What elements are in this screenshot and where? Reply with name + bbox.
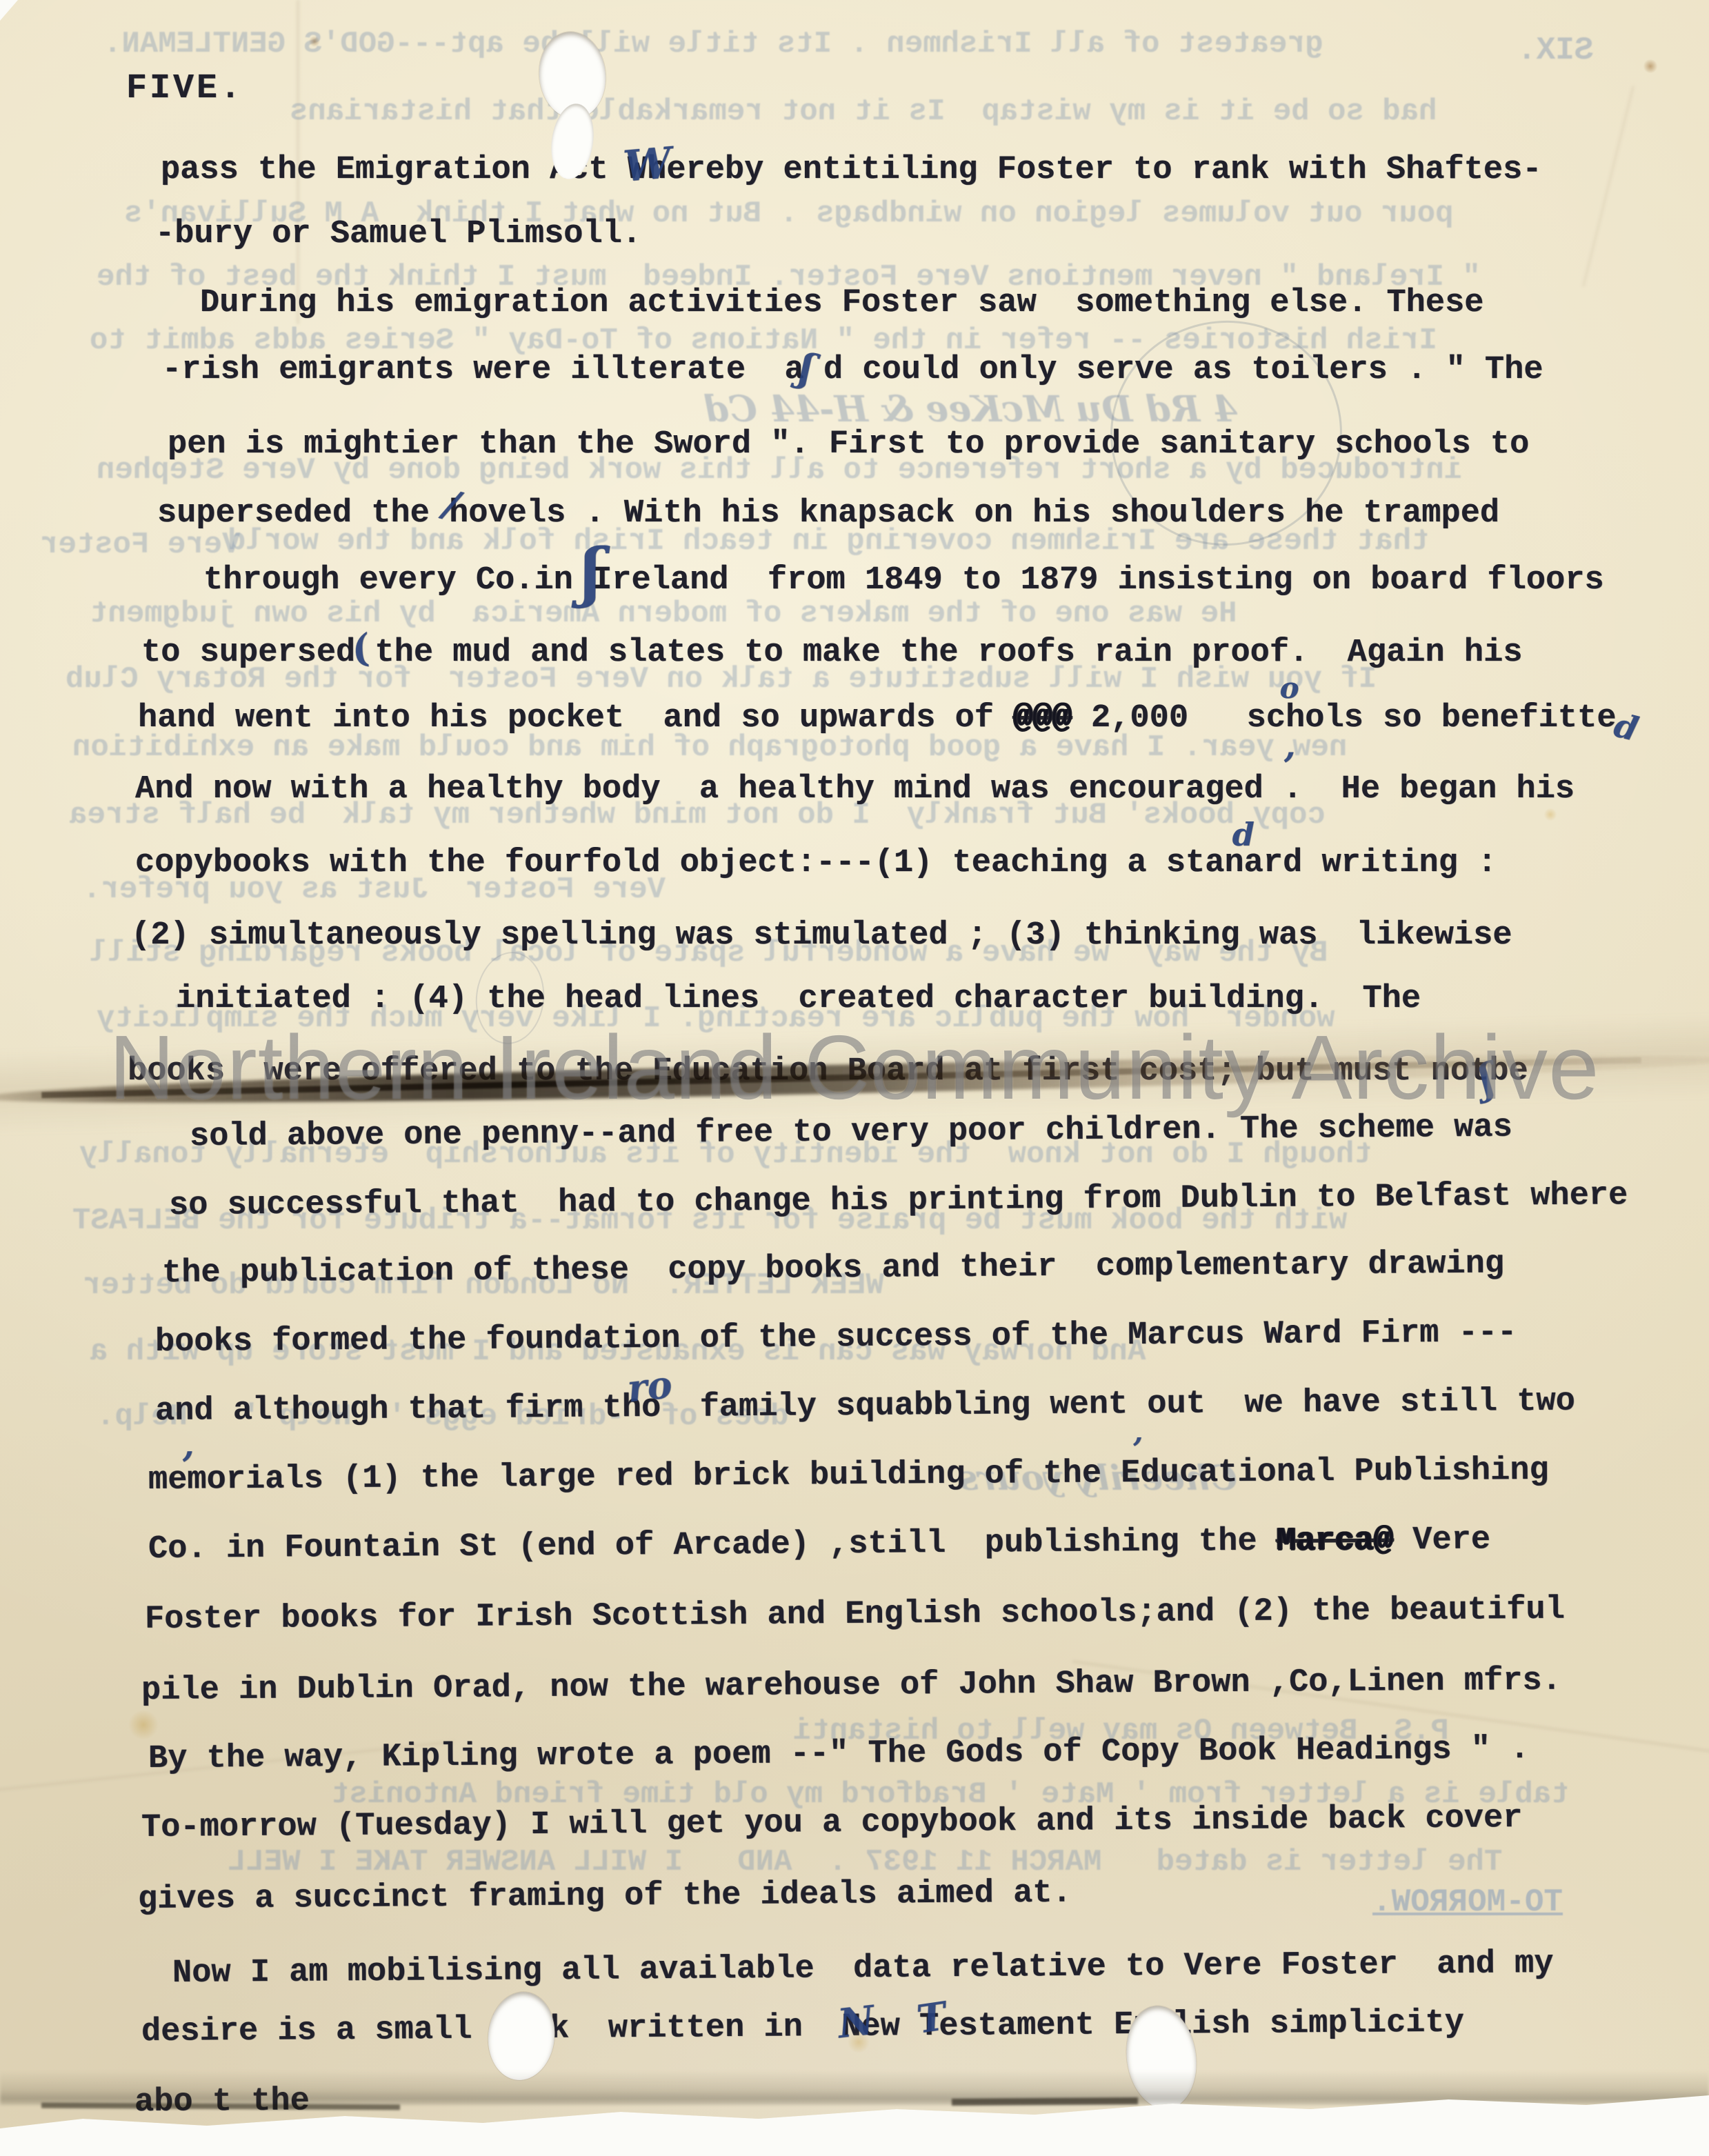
typed-line-text: superseded the hovels . With his knapsac… xyxy=(157,495,1499,532)
typed-line: copybooks with the fourfold object:---(1… xyxy=(135,845,1497,881)
typed-line-text: -rish emigrants were illterate a d could… xyxy=(162,352,1543,388)
typed-line: and although that firm tho family squabb… xyxy=(155,1384,1575,1430)
typed-line: initiated : (4) the head lines created c… xyxy=(176,981,1421,1017)
torn-edge-streak xyxy=(952,2097,1138,2106)
bleedthrough-line: SIX. xyxy=(1517,34,1593,66)
paper-sheet: SIX. greatest of all Irishmen . Its titl… xyxy=(0,0,1709,2156)
typed-line-text: And now with a healthy body a healthy mi… xyxy=(135,771,1575,808)
typed-line: to supersed the mud and slates to make t… xyxy=(141,635,1523,671)
typed-line: through every Co.in Ireland from 1849 to… xyxy=(203,562,1604,599)
typed-line: pile in Dublin Orad, now the warehouse o… xyxy=(141,1663,1561,1709)
torn-edge-shadow xyxy=(0,2070,1709,2105)
typed-line: gives a succinct framing of the ideals a… xyxy=(138,1875,1072,1918)
typed-line: -rish emigrants were illterate a d could… xyxy=(162,352,1543,388)
bleedthrough-line: new year. I have a good photograph of hi… xyxy=(72,732,1347,763)
typed-line: (2) simultaneously spelling was stimulat… xyxy=(131,917,1512,954)
typed-line: superseded the hovels . With his knapsac… xyxy=(157,495,1499,532)
stain-spot xyxy=(128,1710,159,1739)
typed-line: so successful that had to change his pri… xyxy=(169,1177,1628,1224)
bleedthrough-line: greatest of all Irishmen . Its title wil… xyxy=(103,29,1323,59)
ink-apostrophe: ’ xyxy=(1283,749,1295,785)
typed-line: the publication of these copy books and … xyxy=(162,1246,1504,1292)
typed-line: Foster books for Irish Scottish and Engl… xyxy=(145,1592,1565,1638)
bleedthrough-line: Vere Foster xyxy=(40,530,240,560)
typed-line: Now I am mobilising all available data r… xyxy=(172,1946,1554,1992)
typed-line: hand went into his pocket and so upwards… xyxy=(138,700,1617,737)
ink-ro-thro: ro xyxy=(626,1366,674,1408)
typed-line-text: hand went into his pocket and so upwards… xyxy=(138,700,1617,737)
typed-line: pass the Emigration Act Whereby entitili… xyxy=(161,152,1542,188)
typed-line: -bury or Samuel Plimsoll. xyxy=(155,216,641,252)
typed-line: By the way, Kipling wrote a poem --" The… xyxy=(148,1731,1530,1777)
stain-spot xyxy=(309,36,320,47)
typed-line-text: desire is a small b ok written in New Te… xyxy=(141,2005,1464,2050)
typed-line-text: and although that firm tho family squabb… xyxy=(155,1384,1575,1430)
stain-spot xyxy=(1643,59,1658,73)
overstrike-blot: @@@ xyxy=(1013,700,1072,737)
ink-comma: , xyxy=(183,1429,194,1462)
typed-line-text: through every Co.in Ireland from 1849 to… xyxy=(203,562,1604,599)
bleedthrough-line: He was one of the makers of modern Ameri… xyxy=(90,599,1237,629)
typed-line-text: copybooks with the fourfold object:---(1… xyxy=(135,845,1497,881)
typed-line-text: pass the Emigration Act Whereby entitili… xyxy=(161,152,1542,188)
stain-spot xyxy=(847,2032,870,2053)
typed-line: desire is a small b ok written in New Te… xyxy=(141,2005,1464,2050)
typed-line-text: memorials (1) the large red brick buildi… xyxy=(148,1453,1549,1499)
torn-edge-streak xyxy=(41,2103,400,2110)
typed-line: And now with a healthy body a healthy mi… xyxy=(135,771,1575,808)
bleedthrough-line: The letter is dated MARCH 11 1937 . AND … xyxy=(228,1847,1502,1877)
crease-line xyxy=(1582,86,1635,287)
punch-hole-bottom-left xyxy=(484,1988,559,2083)
stain-spot xyxy=(1543,808,1557,821)
ink-o-schools: o xyxy=(1280,674,1299,703)
typed-line: books formed the foundation of the succe… xyxy=(155,1315,1517,1361)
bleedthrough-line: had so be it is my wistap Is it not rema… xyxy=(290,97,1437,127)
ink-correction-w: W xyxy=(622,141,674,188)
ink-apostrophe-educational: ’ xyxy=(1132,1435,1143,1465)
scanned-letter-page-five: SIX. greatest of all Irishmen . Its titl… xyxy=(0,0,1709,2156)
archive-watermark: Northern Ireland Community Archive xyxy=(109,1015,1600,1119)
typed-line: memorials (1) the large red brick buildi… xyxy=(148,1453,1549,1499)
overstrike-marcus: Marca@ xyxy=(1277,1522,1394,1559)
typed-line: Co. in Fountain St (end of Arcade) ,stil… xyxy=(148,1521,1490,1568)
ink-d-standard: d xyxy=(1232,819,1255,850)
ink-t-testament: T xyxy=(915,1997,948,2039)
typed-line: pen is mightier than the Sword ". First … xyxy=(168,426,1529,463)
typed-line: During his emigration activities Foster … xyxy=(200,285,1484,321)
bleedthrough-tomorrow: TO-MORROW. xyxy=(1372,1886,1563,1918)
page-number-heading: FIVE. xyxy=(126,69,243,108)
ink-capital-i-ireland: ʃ xyxy=(580,539,603,603)
